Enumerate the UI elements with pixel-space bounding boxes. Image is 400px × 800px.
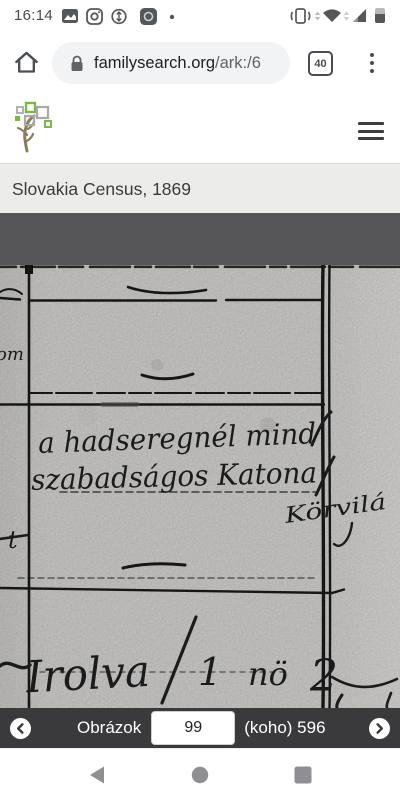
image-label: Obrázok [77, 718, 141, 738]
url-omnibox[interactable]: familysearch.org/ark:/6 [52, 42, 290, 84]
battery-icon [375, 8, 385, 23]
lock-icon [70, 55, 84, 72]
status-bar: 16:14 [0, 0, 400, 32]
wifi-arrows2-icon [344, 12, 349, 21]
handwriting-bottom-num: 1 [198, 650, 222, 694]
browser-menu-button[interactable] [362, 48, 382, 78]
update-icon [112, 10, 126, 24]
android-back-button[interactable] [88, 765, 106, 785]
document-image-viewer[interactable]: om a hadseregnél mind szabadságos Katona… [0, 265, 400, 708]
handwriting-margin-top: om [0, 344, 24, 365]
clock-text: 16:14 [14, 7, 53, 24]
handwriting-bottom-word: Irolva [24, 646, 151, 703]
kebab-menu-icon [370, 53, 375, 58]
wifi-arrows-icon [315, 12, 320, 21]
back-triangle-icon [90, 766, 104, 783]
app-icon [140, 8, 157, 25]
android-home-button[interactable] [191, 766, 209, 784]
wifi-icon [323, 9, 341, 22]
image-total-text: (koho) 596 [244, 718, 325, 738]
census-scan-image: om a hadseregnél mind szabadságos Katona… [0, 265, 400, 708]
android-navigation-bar [0, 748, 400, 800]
chevron-left-icon [15, 723, 26, 734]
hamburger-icon [358, 122, 384, 125]
page-title-bar: Slovakia Census, 1869 [0, 163, 400, 214]
url-text: familysearch.org/ark:/6 [94, 54, 261, 73]
home-button[interactable] [13, 49, 40, 76]
site-header [0, 92, 400, 163]
image-number-input[interactable] [151, 711, 235, 745]
previous-image-button[interactable] [10, 718, 31, 739]
phone-screen: 16:14 [0, 0, 400, 800]
photos-icon [62, 9, 78, 23]
home-circle-icon [192, 766, 208, 782]
recents-square-icon [295, 766, 312, 783]
handwriting-margin-mid: t [8, 526, 18, 554]
chevron-right-icon [374, 723, 385, 734]
signal-icon [353, 9, 366, 22]
browser-address-bar: familysearch.org/ark:/6 40 [0, 32, 400, 93]
image-pager-bar: Obrázok (koho) 596 [0, 708, 400, 748]
next-image-button[interactable] [369, 718, 390, 739]
status-icons-right [288, 6, 388, 26]
status-icons-left [62, 8, 177, 25]
android-recents-button[interactable] [294, 766, 312, 784]
tab-count: 40 [314, 58, 326, 70]
notification-dot [170, 15, 174, 19]
url-path: /ark:/6 [215, 54, 261, 72]
page-title: Slovakia Census, 1869 [12, 179, 191, 200]
url-domain: familysearch.org [94, 54, 215, 72]
viewer-toolbar [0, 213, 400, 265]
familysearch-logo[interactable] [13, 101, 55, 153]
handwriting-bottom-no: nö [248, 655, 288, 693]
instagram-icon [87, 9, 102, 24]
tab-switcher-button[interactable]: 40 [308, 51, 333, 76]
vibrate-icon [291, 9, 309, 23]
hamburger-menu-button[interactable] [358, 122, 384, 140]
